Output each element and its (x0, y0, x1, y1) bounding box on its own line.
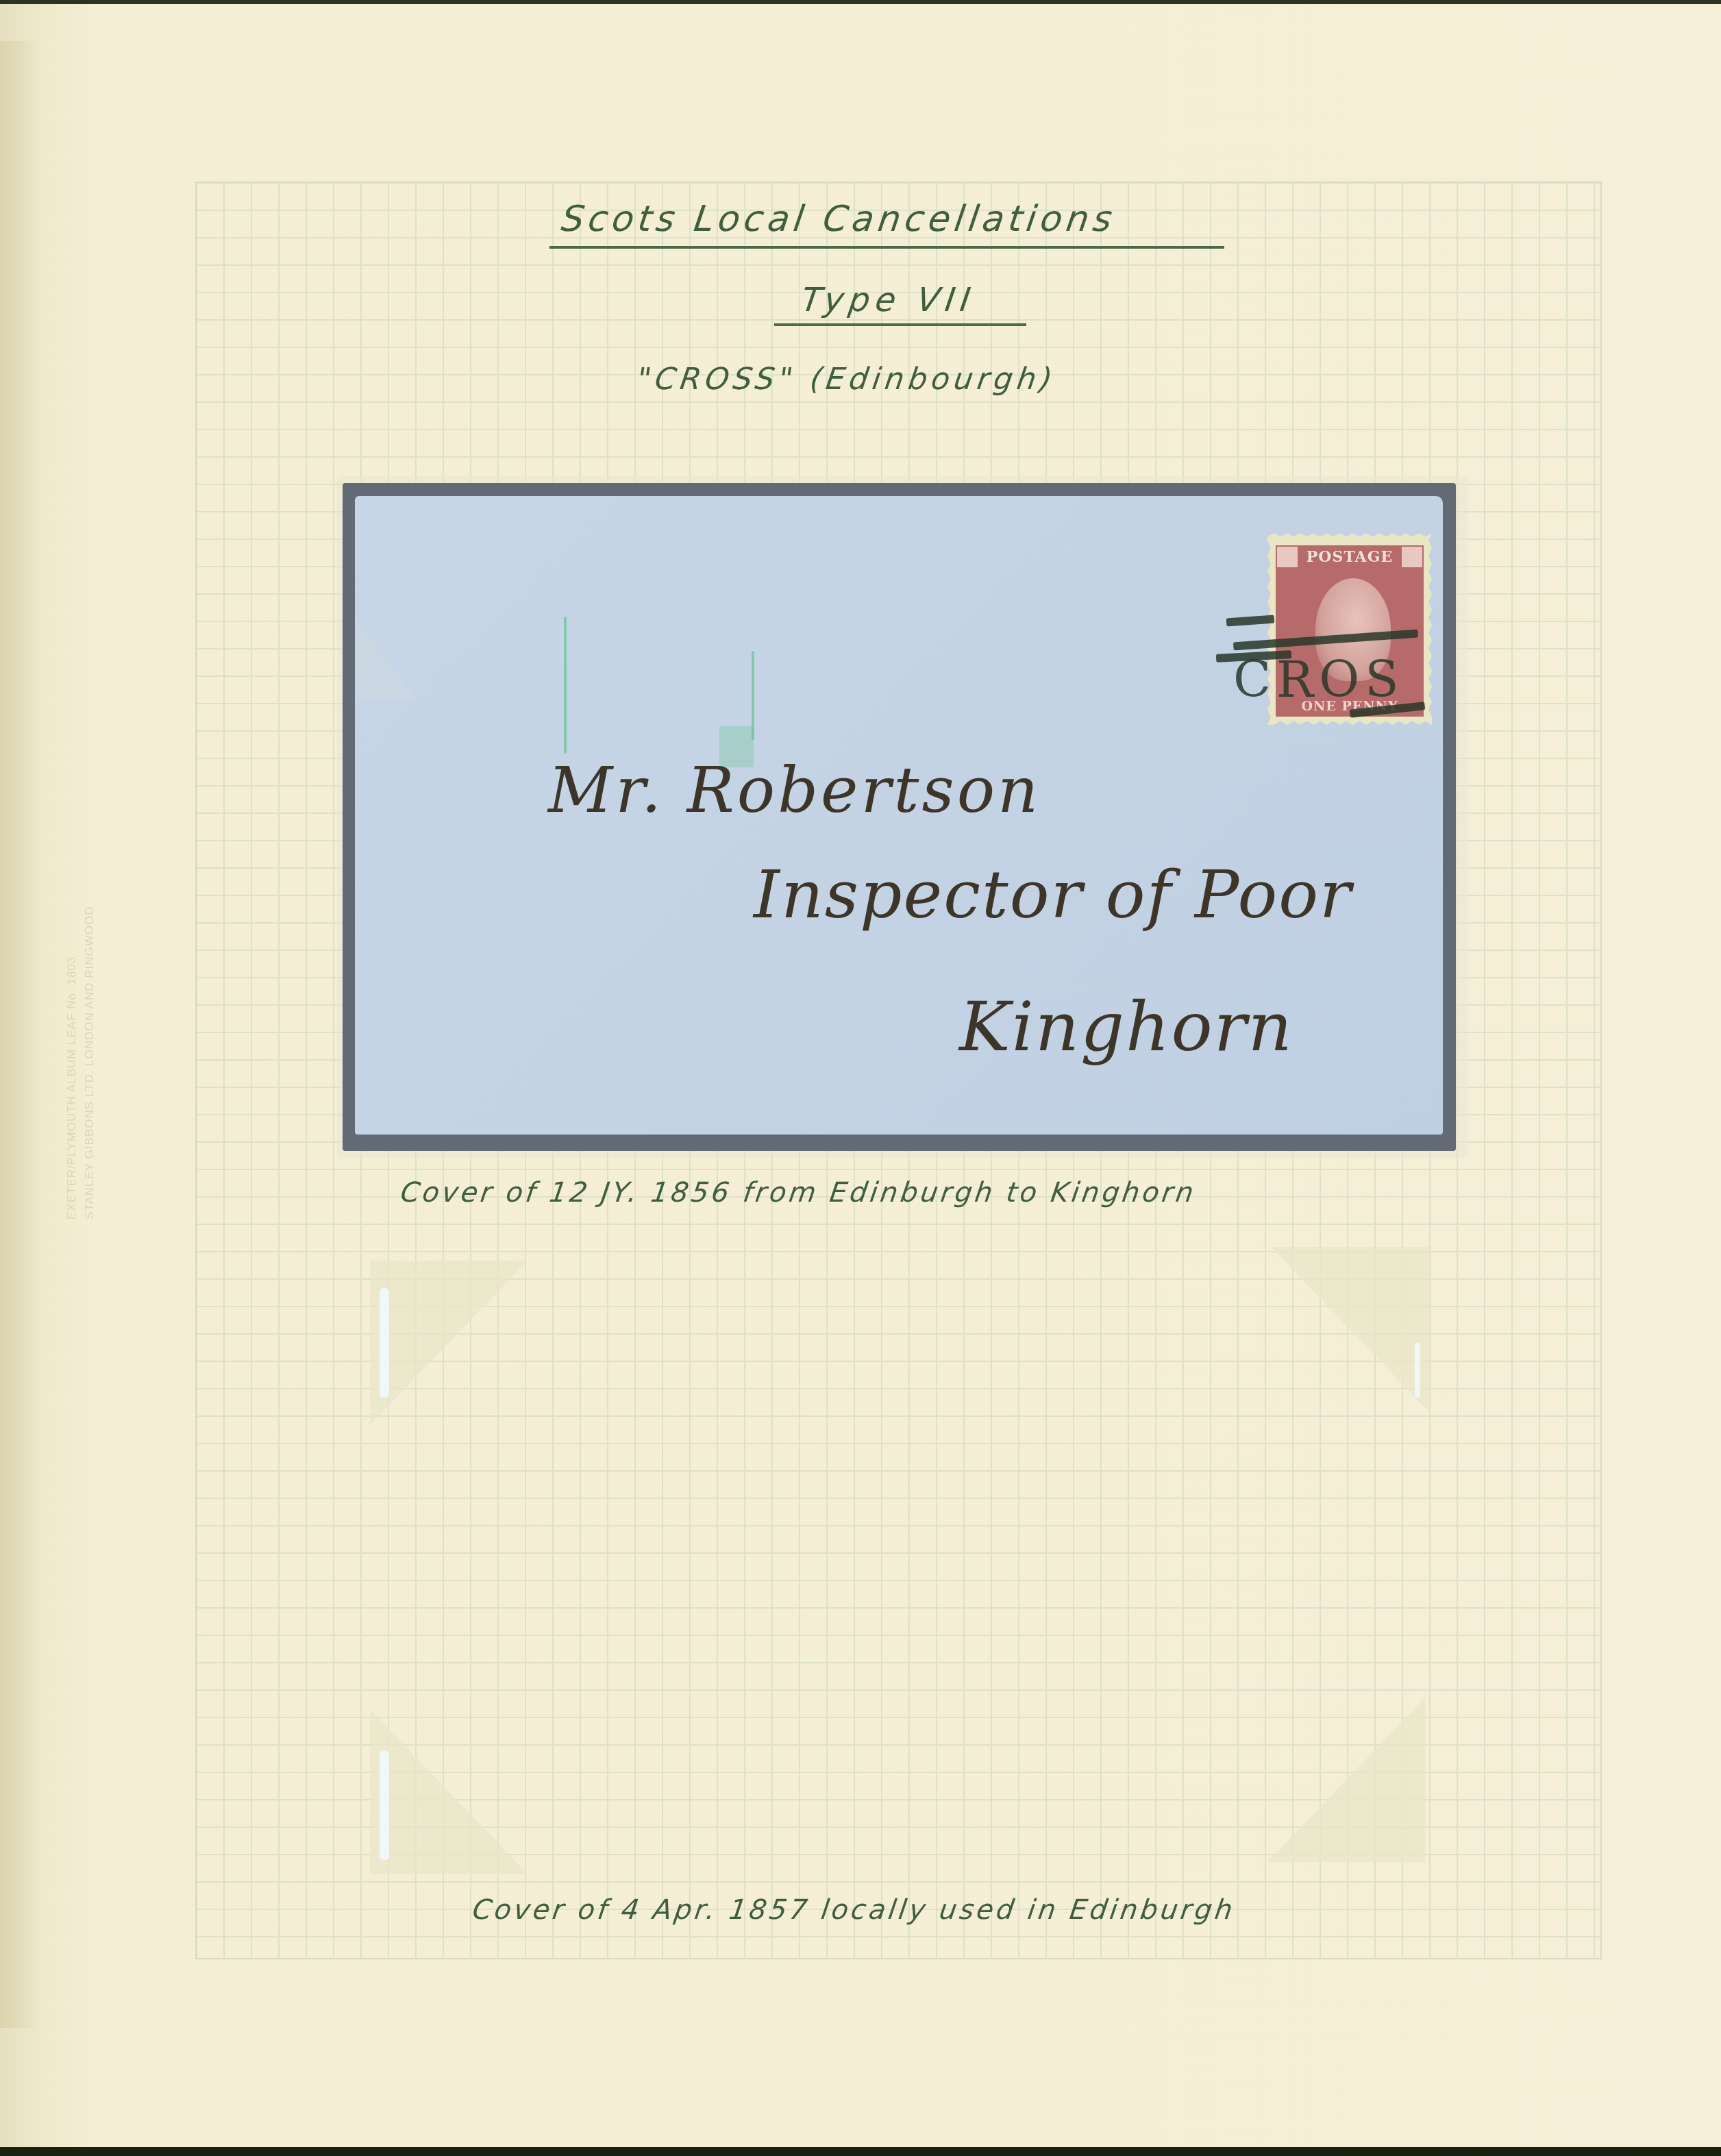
cancel-bar (1233, 630, 1418, 651)
corner-glare (1415, 1343, 1420, 1398)
publisher-imprint: EXETER/PLYMOUTH ALBUM LEAF No. 1803 STAN… (63, 877, 104, 1219)
title-underline (549, 246, 1224, 249)
subtitle-underline (774, 323, 1026, 326)
scan-bottom-edge (0, 2147, 1721, 2156)
corner-glare (380, 1288, 389, 1398)
green-crayon-mark (564, 617, 567, 754)
address-line-name: Mr. Robertson (548, 754, 1041, 827)
stamp-top-label: POSTAGE (1276, 545, 1424, 569)
page-subtitle: Type VII (799, 281, 978, 319)
cross-cancellation-mark: CROS (1213, 603, 1432, 719)
cancel-bar (1226, 615, 1275, 627)
cancellation-name: "CROSS" (Edinbourgh) (634, 362, 1058, 397)
cancel-text: CROS (1233, 651, 1404, 708)
scan-top-edge (0, 0, 1721, 4)
page-title: Scots Local Cancellations (559, 199, 1119, 240)
cover-2-caption: Cover of 4 Apr. 1857 locally used in Edi… (471, 1894, 1237, 1926)
imprint-line-2: STANLEY GIBBONS LTD. LONDON AND RINGWOOD (81, 877, 99, 1219)
corner-glare (380, 1750, 389, 1860)
address-line-title: Inspector of Poor (754, 856, 1352, 933)
album-page: EXETER/PLYMOUTH ALBUM LEAF No. 1803 STAN… (0, 0, 1721, 2156)
binding-edge-stain (0, 41, 38, 2028)
cover-fold-corner (355, 617, 417, 699)
address-line-town: Kinghorn (959, 987, 1293, 1067)
imprint-line-1: EXETER/PLYMOUTH ALBUM LEAF No. 1803 (63, 877, 81, 1219)
cover-1-caption: Cover of 12 JY. 1856 from Edinburgh to K… (399, 1177, 1198, 1209)
